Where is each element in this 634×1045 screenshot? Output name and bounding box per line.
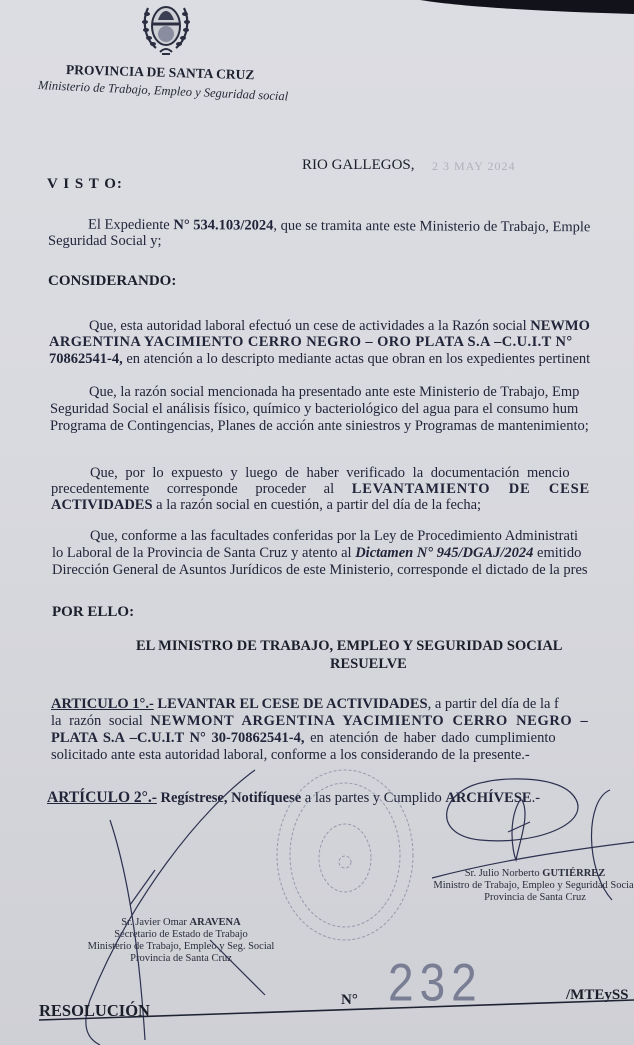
articulo-1-line-1: ARTICULO 1°.- LEVANTAR EL CESE DE ACTIVI… xyxy=(51,696,559,713)
resolucion-suffix: /MTEySS xyxy=(566,987,629,1004)
city-label: RIO GALLEGOS, xyxy=(302,157,415,174)
considerando-p1-line-3: 70862541-4, en atención a lo descripto m… xyxy=(49,351,590,368)
resolucion-label: RESOLUCIÓN xyxy=(39,1001,150,1021)
articulo-1-line-3: PLATA S.A –C.U.I.T N° 30-70862541-4, en … xyxy=(51,730,556,747)
considerando-p2-line-3: Programa de Contingencias, Planes de acc… xyxy=(50,418,589,435)
secretary-title: Secretario de Estado de Trabajo xyxy=(66,929,296,941)
articulo-1-line-2: la razón social NEWMONT ARGENTINA YACIMI… xyxy=(51,713,588,730)
resuelve-heading: RESUELVE xyxy=(330,656,407,673)
visto-heading: V I S T O: xyxy=(47,176,123,193)
considerando-p3-line-1: Que, por lo expuesto y luego de haber ve… xyxy=(90,465,570,482)
resolution-number-stamp: 232 xyxy=(388,951,483,1013)
secretary-signature-block: Sr. Javier Omar ARAVENA Secretario de Es… xyxy=(66,917,296,965)
considerando-p4-line-2: lo Laboral de la Provincia de Santa Cruz… xyxy=(52,545,581,562)
secretary-name: Sr. Javier Omar ARAVENA xyxy=(66,917,296,929)
minister-title: Ministro de Trabajo, Empleo y Seguridad … xyxy=(420,880,634,892)
minister-name: Sr. Julio Norberto GUTIÉRREZ xyxy=(420,868,634,880)
minister-signature-block: Sr. Julio Norberto GUTIÉRREZ Ministro de… xyxy=(420,868,634,904)
date-stamp: 2 3 MAY 2024 xyxy=(432,159,515,174)
numero-label: N° xyxy=(341,992,358,1009)
considerando-p3-line-3: ACTIVIDADES a la razón social en cuestió… xyxy=(51,497,481,514)
considerando-p2-line-1: Que, la razón social mencionada ha prese… xyxy=(89,384,579,401)
considerando-p1-line-1: Que, esta autoridad laboral efectuó un c… xyxy=(89,318,590,335)
considerando-p4-line-3: Dirección General de Asuntos Jurídicos d… xyxy=(52,562,588,579)
articulo-2-line: ARTÍCULO 2°.- Regístrese, Notifíquese a … xyxy=(47,789,540,807)
secretary-ministry: Ministerio de Trabajo, Empleo y Seg. Soc… xyxy=(66,941,296,953)
considerando-p2-line-2: Seguridad Social el análisis físico, quí… xyxy=(50,401,578,418)
photo-background-corner xyxy=(0,0,634,20)
considerando-heading: CONSIDERANDO: xyxy=(48,273,176,290)
considerando-p1-line-2: ARGENTINA YACIMIENTO CERRO NEGRO – ORO P… xyxy=(49,334,573,351)
visto-line-2: Seguridad Social y; xyxy=(48,233,162,250)
visto-line-1: El Expediente N° 534.103/2024, que se tr… xyxy=(88,217,590,237)
minister-province: Provincia de Santa Cruz xyxy=(420,892,634,904)
secretary-province: Provincia de Santa Cruz xyxy=(66,953,296,965)
resuelve-authority: EL MINISTRO DE TRABAJO, EMPLEO Y SEGURID… xyxy=(136,638,562,655)
articulo-1-line-4: solicitado ante esta autoridad laboral, … xyxy=(51,747,530,764)
considerando-p4-line-1: Que, conforme a las facultades conferida… xyxy=(90,528,578,545)
considerando-p3-line-2: precedentemente corresponde proceder al … xyxy=(51,481,590,498)
coat-of-arms-icon xyxy=(138,0,194,60)
por-ello-heading: POR ELLO: xyxy=(52,604,134,621)
